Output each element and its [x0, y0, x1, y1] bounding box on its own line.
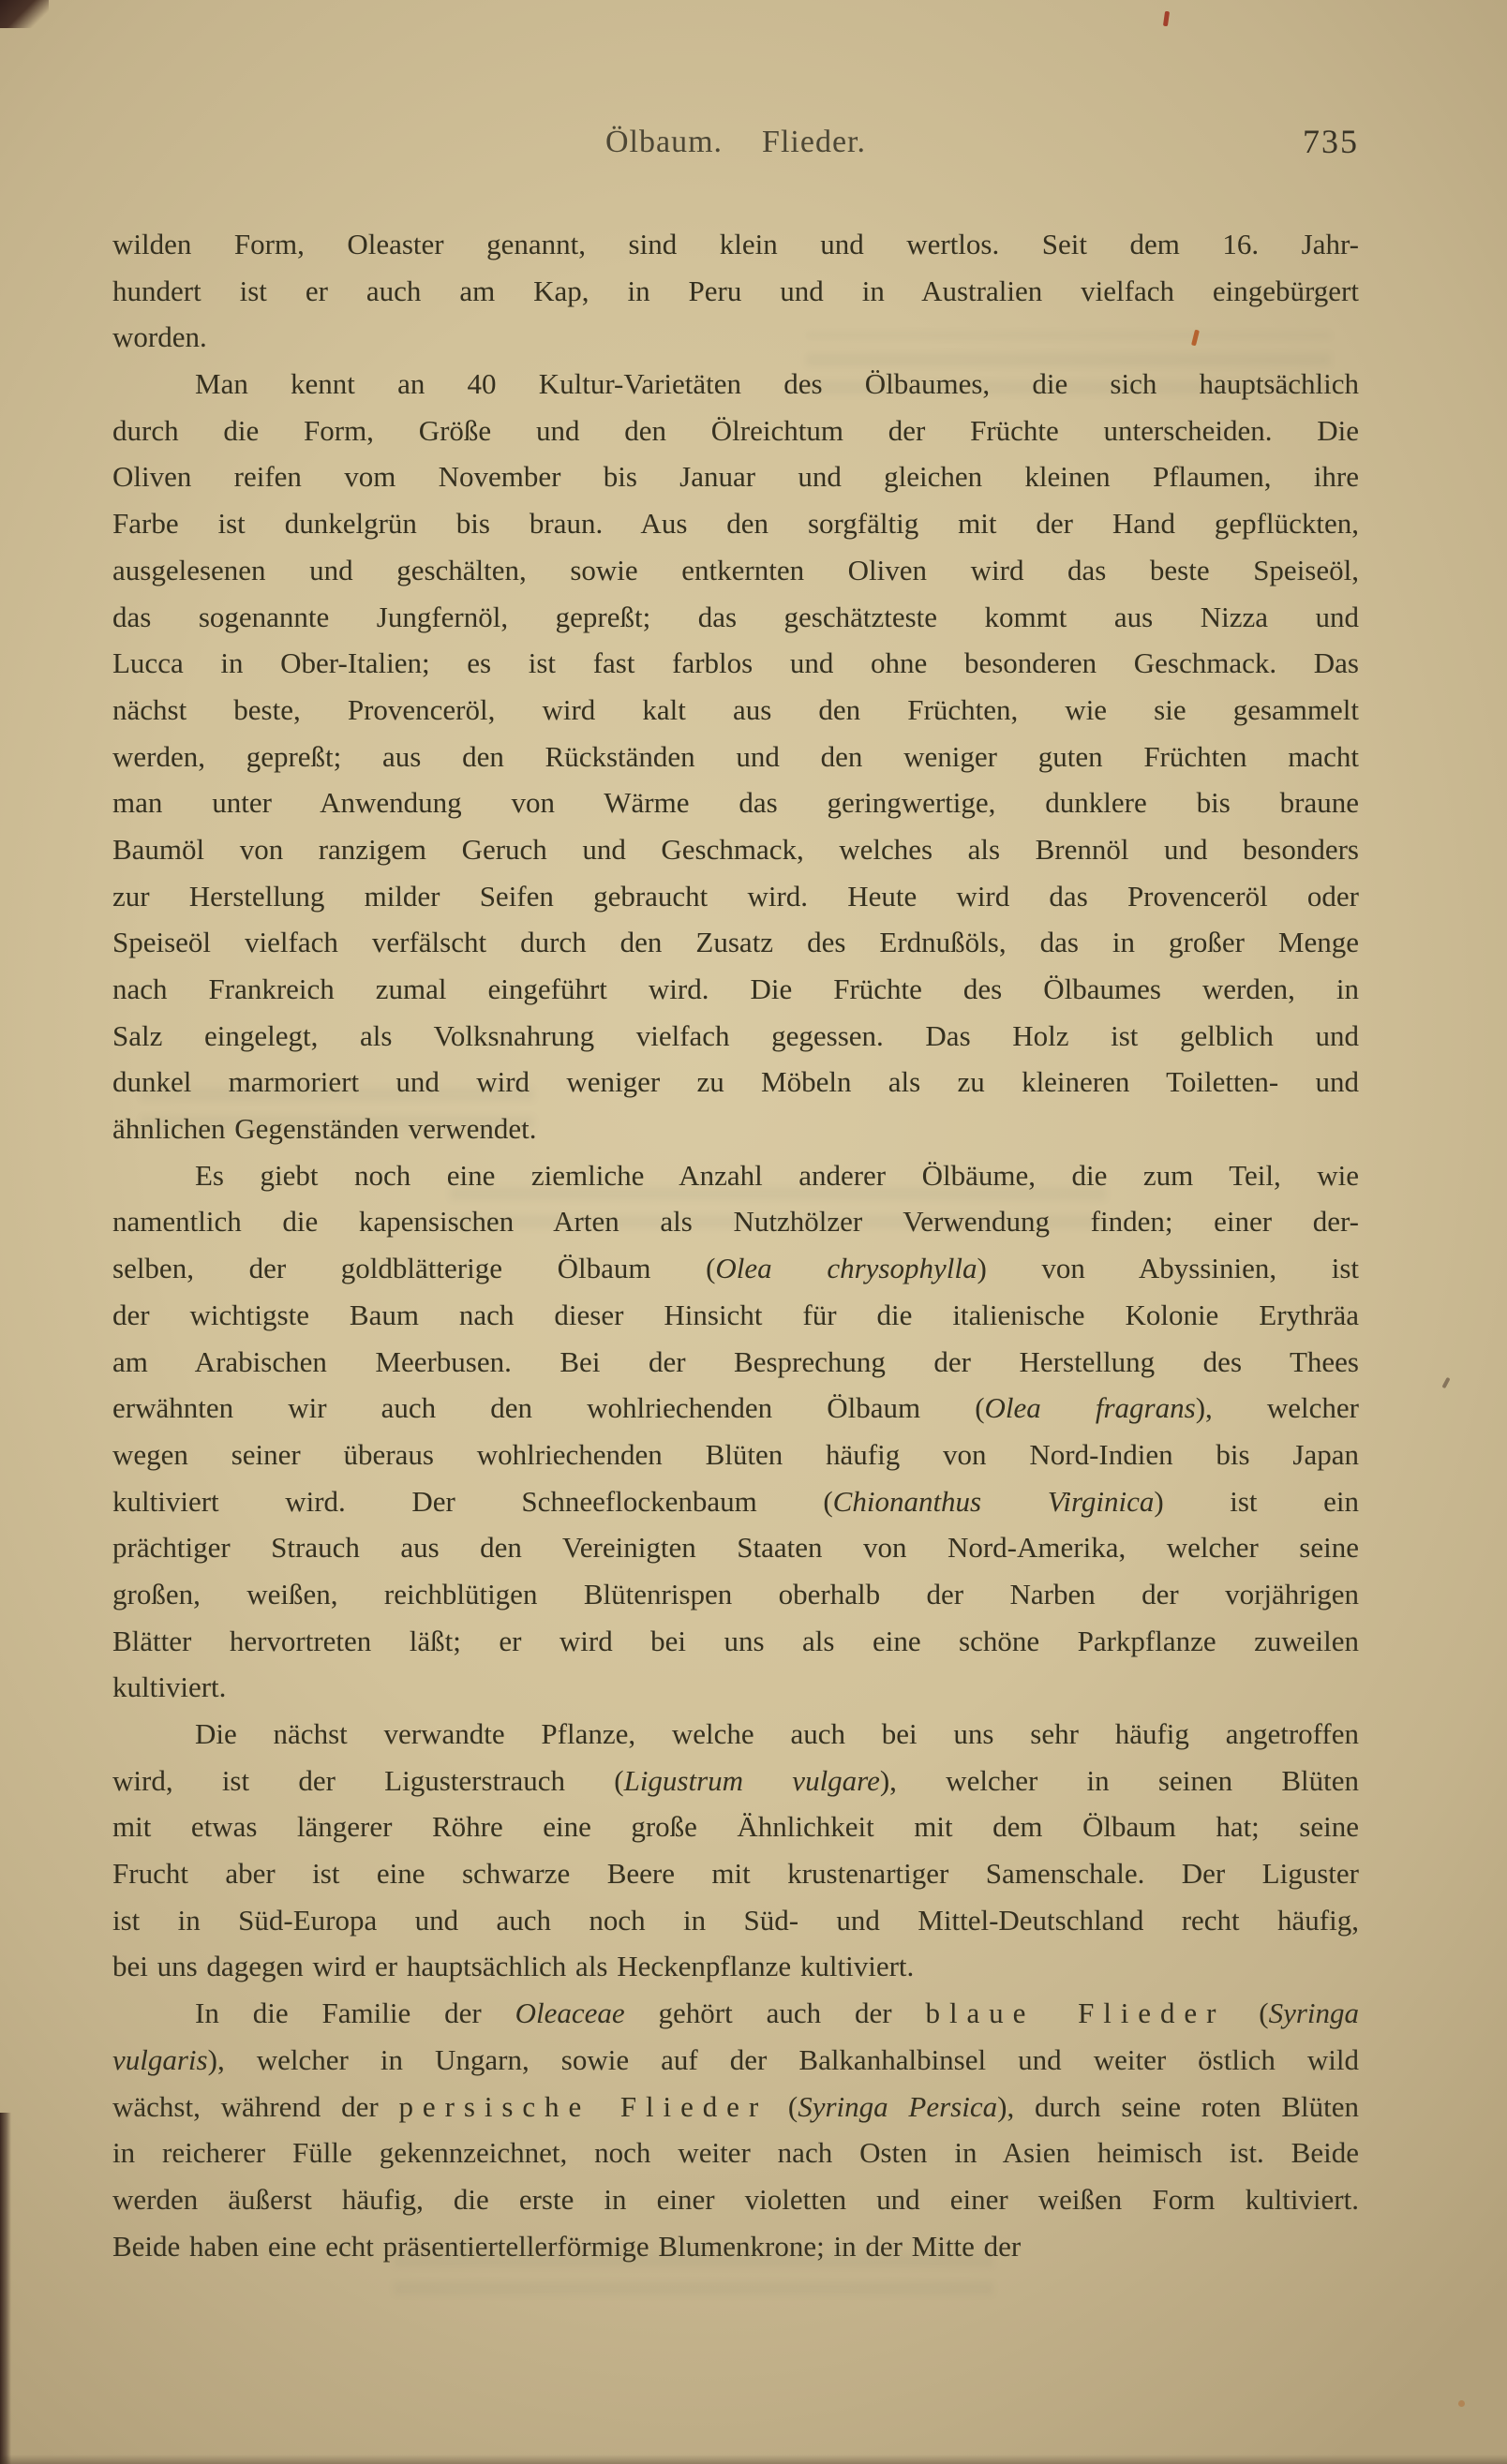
text-line: kultiviert wird. Der Schneeflockenbaum (… [112, 1478, 1359, 1525]
text-line: Frucht aber ist eine schwarze Beere mit … [112, 1850, 1359, 1897]
text-segment: ( [1225, 1996, 1268, 2029]
text-segment: zur Herstellung milder Seifen gebraucht … [112, 880, 1359, 913]
text-line: Speiseöl vielfach verfälscht durch den Z… [112, 919, 1359, 966]
latin-species-name: Olea fragrans [985, 1391, 1196, 1424]
text-segment: Die nächst verwandte Pflanze, welche auc… [195, 1717, 1359, 1750]
text-line: Baumöl von ranzigem Geruch und Geschmack… [112, 826, 1359, 873]
text-segment: wegen seiner überaus wohlriechenden Blüt… [112, 1438, 1359, 1471]
text-segment: das sogenannte Jungfernöl, gepreßt; das … [112, 601, 1359, 633]
latin-species-name: Syringa [1269, 1996, 1359, 2029]
text-line: hundert ist er auch am Kap, in Peru und … [112, 268, 1359, 315]
scan-edge-left [0, 2113, 11, 2464]
text-line: der wichtigste Baum nach dieser Hinsicht… [112, 1292, 1359, 1339]
text-segment: in reicherer Fülle gekennzeichnet, noch … [112, 2136, 1359, 2169]
running-header: Ölbaum.Flieder. [112, 125, 1359, 160]
text-segment: durch die Form, Größe und den Ölreichtum… [112, 414, 1359, 447]
text-line: Salz eingelegt, als Volksnahrung vielfac… [112, 1013, 1359, 1060]
text-segment: ), durch seine roten Blüten [997, 2090, 1359, 2123]
text-segment: namentlich die kapensischen Arten als Nu… [112, 1205, 1359, 1238]
text-segment: Baumöl von ranzigem Geruch und Geschmack… [112, 833, 1359, 866]
text-segment: Man kennt an 40 Kultur-Varietäten des Öl… [195, 367, 1359, 400]
book-page: Ölbaum.Flieder. 735 wilden Form, Oleaste… [0, 0, 1507, 2464]
text-segment: der wichtigste Baum nach dieser Hinsicht… [112, 1299, 1359, 1331]
text-line: in reicherer Fülle gekennzeichnet, noch … [112, 2130, 1359, 2176]
text-line: erwähnten wir auch den wohlriechenden Öl… [112, 1385, 1359, 1432]
scan-edge-bottom [0, 2455, 1507, 2464]
text-line: wegen seiner überaus wohlriechenden Blüt… [112, 1432, 1359, 1478]
text-line: bei uns dagegen wird er hauptsächlich al… [112, 1943, 1359, 1990]
text-segment: ausgelesenen und geschälten, sowie entke… [112, 554, 1359, 586]
text-segment: dunkel marmoriert und wird weniger zu Mö… [112, 1065, 1359, 1098]
text-segment: ( [768, 2090, 798, 2123]
text-segment: Frucht aber ist eine schwarze Beere mit … [112, 1857, 1359, 1890]
text-line: Oliven reifen vom November bis Januar un… [112, 453, 1359, 500]
text-line: das sogenannte Jungfernöl, gepreßt; das … [112, 594, 1359, 641]
header-title-right: Flieder. [762, 125, 866, 159]
text-segment: Lucca in Ober-Italien; es ist fast farbl… [112, 646, 1359, 679]
text-segment: kultiviert wird. Der Schneeflockenbaum ( [112, 1485, 833, 1518]
text-line: prächtiger Strauch aus den Vereinigten S… [112, 1524, 1359, 1571]
text-segment: wilden Form, Oleaster genannt, sind klei… [112, 228, 1359, 260]
body-text: wilden Form, Oleaster genannt, sind klei… [112, 221, 1359, 2269]
latin-species-name: Olea chrysophylla [715, 1252, 977, 1284]
ink-speck [1458, 2400, 1465, 2407]
text-segment: gehört auch der [625, 1996, 926, 2029]
text-line: vulgaris), welcher in Ungarn, sowie auf … [112, 2037, 1359, 2084]
text-line: Beide haben eine echt präsentiertellerfö… [112, 2223, 1359, 2270]
text-segment: hundert ist er auch am Kap, in Peru und … [112, 275, 1359, 307]
text-line: nächst beste, Provenceröl, wird kalt aus… [112, 687, 1359, 734]
text-segment: ähnlichen Gegenständen verwendet. [112, 1112, 536, 1145]
text-segment: man unter Anwendung von Wärme das gering… [112, 786, 1359, 819]
scan-edge-top-left [0, 0, 49, 28]
text-segment: am Arabischen Meerbusen. Bei der Besprec… [112, 1345, 1359, 1378]
text-line: mit etwas längerer Röhre eine große Ähnl… [112, 1803, 1359, 1850]
page-number: 735 [1246, 122, 1359, 161]
text-line: wird, ist der Ligusterstrauch (Ligustrum… [112, 1758, 1359, 1804]
text-segment: wächst, während der [112, 2090, 399, 2123]
text-line: großen, weißen, reichblütigen Blütenrisp… [112, 1571, 1359, 1618]
text-line: werden, gepreßt; aus den Rückständen und… [112, 734, 1359, 780]
text-line: ist in Süd-Europa und auch noch in Süd- … [112, 1897, 1359, 1944]
text-line: Lucca in Ober-Italien; es ist fast farbl… [112, 640, 1359, 687]
latin-species-name: vulgaris [112, 2043, 208, 2076]
text-line: man unter Anwendung von Wärme das gering… [112, 779, 1359, 826]
text-line: In die Familie der Oleaceae gehört auch … [112, 1990, 1359, 2037]
latin-species-name: Oleaceae [515, 1996, 625, 2029]
text-line: ausgelesenen und geschälten, sowie entke… [112, 547, 1359, 594]
red-ink-speck [1163, 11, 1170, 27]
text-segment: selben, der goldblätterige Ölbaum ( [112, 1252, 715, 1284]
text-line: Man kennt an 40 Kultur-Varietäten des Öl… [112, 361, 1359, 408]
text-segment: werden, gepreßt; aus den Rückständen und… [112, 740, 1359, 773]
text-line: wächst, während der persische Flieder (S… [112, 2084, 1359, 2130]
latin-species-name: Ligustrum vulgare [624, 1764, 880, 1797]
text-segment: mit etwas längerer Röhre eine große Ähnl… [112, 1810, 1359, 1843]
latin-species-name: Chionanthus Virginica [833, 1485, 1155, 1518]
text-segment: persische Flieder [399, 2090, 768, 2123]
text-line: ähnlichen Gegenständen verwendet. [112, 1106, 1359, 1152]
text-line: kultiviert. [112, 1664, 1359, 1711]
text-segment: Blätter hervortreten läßt; er wird bei u… [112, 1625, 1359, 1657]
text-segment: ), welcher in Ungarn, sowie auf der Balk… [208, 2043, 1359, 2076]
text-line: worden. [112, 314, 1359, 361]
text-segment: werden äußerst häufig, die erste in eine… [112, 2183, 1359, 2216]
text-line: wilden Form, Oleaster genannt, sind klei… [112, 221, 1359, 268]
text-segment: blaue Flieder [926, 1996, 1226, 2029]
text-segment: worden. [112, 320, 207, 353]
text-segment: Beide haben eine echt präsentiertellerfö… [112, 2230, 1021, 2263]
text-segment: ), welcher in seinen Blüten [880, 1764, 1359, 1797]
text-segment: nach Frankreich zumal eingeführt wird. D… [112, 972, 1359, 1005]
text-line: Farbe ist dunkelgrün bis braun. Aus den … [112, 500, 1359, 547]
text-line: selben, der goldblätterige Ölbaum (Olea … [112, 1245, 1359, 1292]
text-segment: ) von Abyssinien, ist [977, 1252, 1359, 1284]
text-line: am Arabischen Meerbusen. Bei der Besprec… [112, 1339, 1359, 1386]
ink-speck [1441, 1377, 1450, 1388]
latin-species-name: Syringa Persica [798, 2090, 997, 2123]
text-segment: In die Familie der [195, 1996, 515, 2029]
text-line: werden äußerst häufig, die erste in eine… [112, 2176, 1359, 2223]
text-line: Die nächst verwandte Pflanze, welche auc… [112, 1711, 1359, 1758]
text-line: nach Frankreich zumal eingeführt wird. D… [112, 966, 1359, 1013]
text-segment: ), welcher [1196, 1391, 1359, 1424]
text-line: zur Herstellung milder Seifen gebraucht … [112, 873, 1359, 920]
text-line: durch die Form, Größe und den Ölreichtum… [112, 408, 1359, 454]
text-line: Blätter hervortreten läßt; er wird bei u… [112, 1618, 1359, 1665]
text-segment: ) ist ein [1154, 1485, 1359, 1518]
text-segment: nächst beste, Provenceröl, wird kalt aus… [112, 693, 1359, 726]
text-segment: ist in Süd-Europa und auch noch in Süd- … [112, 1904, 1359, 1937]
text-line: namentlich die kapensischen Arten als Nu… [112, 1198, 1359, 1245]
text-segment: prächtiger Strauch aus den Vereinigten S… [112, 1531, 1359, 1564]
text-segment: kultiviert. [112, 1670, 226, 1703]
header-title-left: Ölbaum. [605, 125, 723, 159]
text-line: Es giebt noch eine ziemliche Anzahl ande… [112, 1152, 1359, 1199]
text-segment: erwähnten wir auch den wohlriechenden Öl… [112, 1391, 985, 1424]
text-segment: Farbe ist dunkelgrün bis braun. Aus den … [112, 507, 1359, 540]
text-segment: bei uns dagegen wird er hauptsächlich al… [112, 1950, 914, 1982]
text-segment: großen, weißen, reichblütigen Blütenrisp… [112, 1578, 1359, 1611]
text-line: dunkel marmoriert und wird weniger zu Mö… [112, 1059, 1359, 1106]
text-segment: Speiseöl vielfach verfälscht durch den Z… [112, 926, 1359, 958]
text-segment: wird, ist der Ligusterstrauch ( [112, 1764, 624, 1797]
text-segment: Salz eingelegt, als Volksnahrung vielfac… [112, 1019, 1359, 1052]
text-segment: Oliven reifen vom November bis Januar un… [112, 460, 1359, 493]
text-segment: Es giebt noch eine ziemliche Anzahl ande… [195, 1159, 1359, 1192]
